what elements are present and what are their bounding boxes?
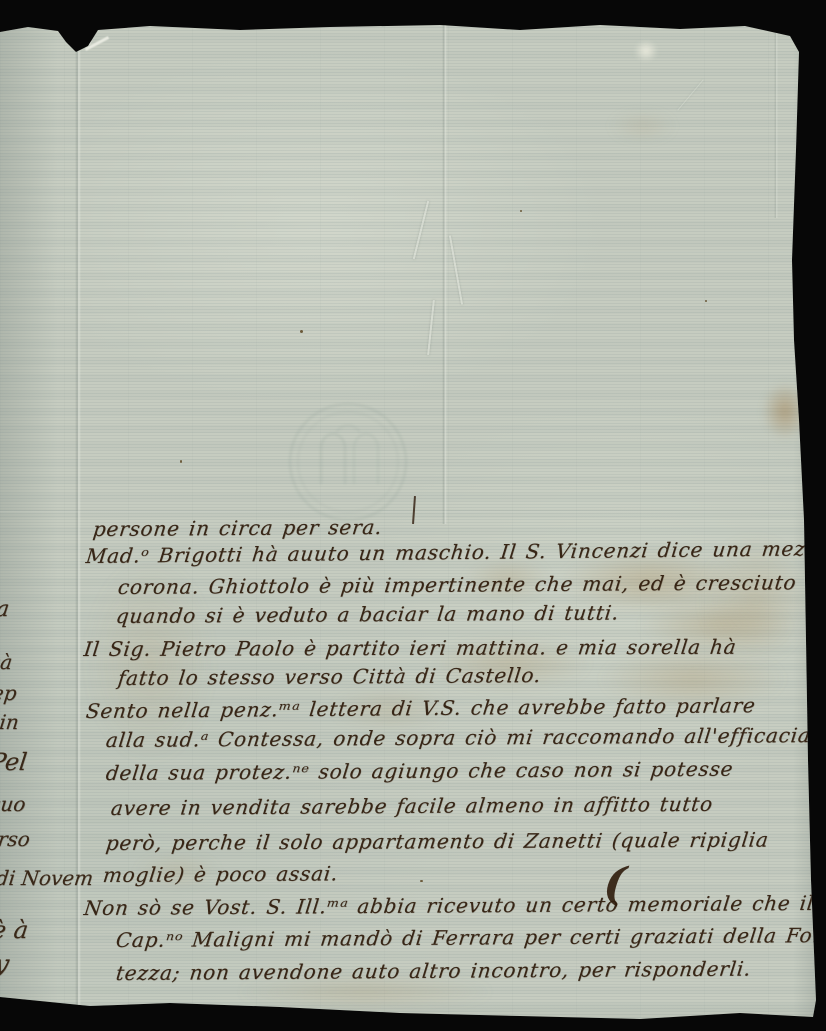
handwritten-line: quando si è veduto a baciar la mano di t… xyxy=(114,599,620,629)
handwritten-line: persone in circa per sera. xyxy=(91,514,383,542)
handwritten-line: però, perche il solo appartamento di Zan… xyxy=(104,827,770,856)
fold-crease-right xyxy=(774,28,778,218)
scan-background: persone in circa per sera. Mad.ᵒ Brigott… xyxy=(0,0,826,1031)
stain xyxy=(762,382,808,440)
stain xyxy=(610,112,675,140)
paper-spot xyxy=(634,40,658,62)
handwritten-line: corona. Ghiottolo è più impertinente che… xyxy=(116,569,797,600)
speck xyxy=(705,300,707,302)
margin-fragment: ep xyxy=(0,681,18,705)
speck xyxy=(420,880,423,882)
handwritten-line: fatto lo stesso verso Città di Castello. xyxy=(116,662,542,691)
margin-fragment: icin xyxy=(0,710,20,734)
handwritten-line: avere in vendita sarebbe facile almeno i… xyxy=(109,791,714,821)
handwritten-line: Cap.ⁿᵒ Maligni mi mandò di Ferrara per c… xyxy=(114,922,824,953)
margin-fragment: i corso xyxy=(0,827,31,851)
handwritten-line: Non sò se Vost. S. Ill.ᵐᵃ abbia ricevuto… xyxy=(82,890,826,921)
speck xyxy=(180,460,182,463)
fold-crease-center xyxy=(442,24,447,524)
manuscript-page: persone in circa per sera. Mad.ᵒ Brigott… xyxy=(0,0,826,1031)
margin-fragment: è à xyxy=(0,916,30,944)
margin-fragment: Pel xyxy=(0,748,29,776)
handwritten-line: della sua protez.ⁿᵉ solo agiungo che cas… xyxy=(104,756,734,786)
margin-fragment: o suo xyxy=(0,792,27,816)
fold-crease-left xyxy=(75,27,81,1005)
handwritten-line: Il Sig. Pietro Paolo è partito ieri matt… xyxy=(82,634,738,662)
speck xyxy=(300,330,303,333)
margin-fragment: di Novem xyxy=(0,866,95,890)
handwritten-line: alla sud.ᵃ Contessa, onde sopra ciò mi r… xyxy=(104,722,812,753)
handwritten-line: moglie) è poco assai. xyxy=(101,860,339,888)
handwritten-line: tezza; non avendone auto altro incontro,… xyxy=(114,956,752,986)
speck xyxy=(520,210,522,212)
fold-crease-horizontal-faint xyxy=(0,250,810,253)
